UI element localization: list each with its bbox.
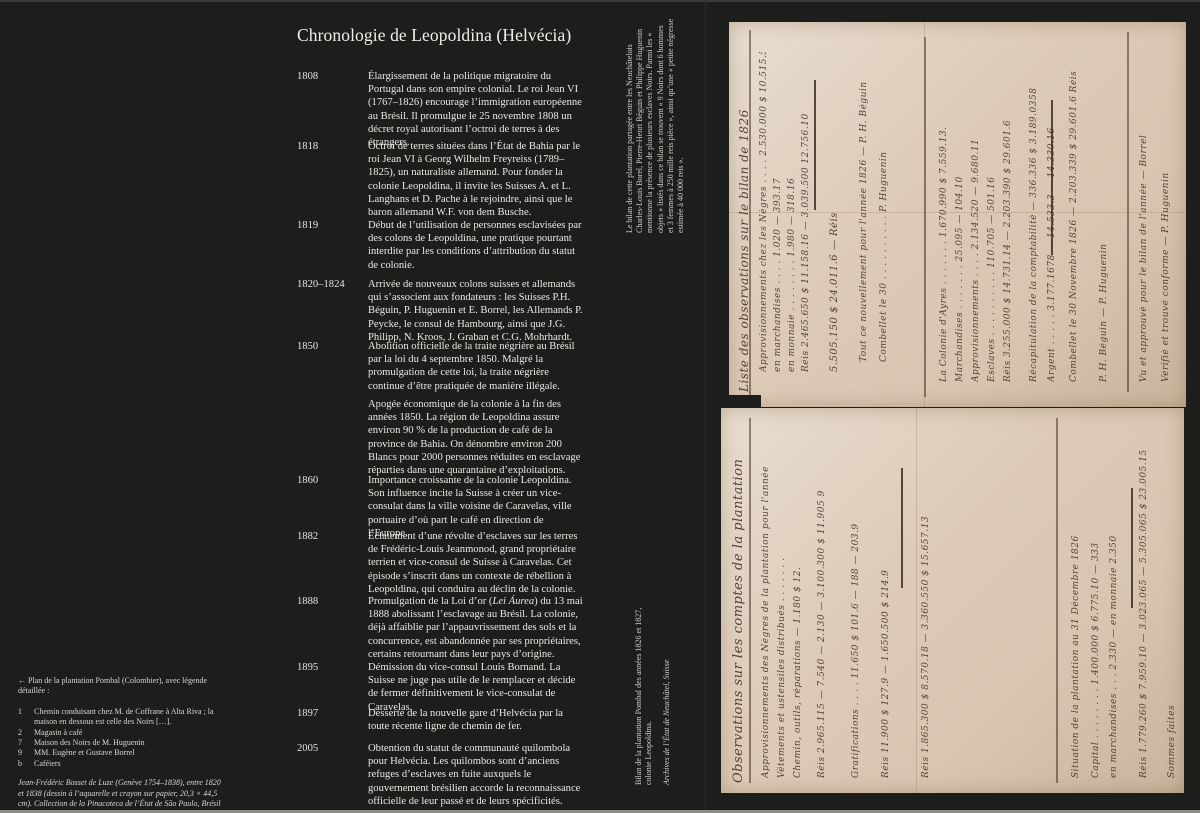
legend-row: 1 Chemin conduisant chez M. de Coffrane … xyxy=(18,707,223,728)
ruled-line xyxy=(924,37,926,397)
manuscript-heading: Observations sur les comptes de la plant… xyxy=(731,418,746,783)
sum-line xyxy=(1131,488,1133,608)
timeline-year: 1860 xyxy=(297,474,367,487)
legend-key: b xyxy=(18,759,34,769)
plan-credit: Jean-Frédéric Bosset de Luze (Genève 175… xyxy=(18,778,223,809)
sum-line xyxy=(901,468,903,588)
timeline-text: Élargissement de la politique migratoire… xyxy=(368,70,584,149)
timeline-text: Promulgation de la Loi d’or (Lei Áurea) … xyxy=(368,595,584,661)
timeline-year: 1808 xyxy=(297,70,367,83)
lei-aurea-italic: Lei Áurea xyxy=(492,596,534,607)
top-edge xyxy=(0,0,1200,2)
plan-legend: 1 Chemin conduisant chez M. de Coffrane … xyxy=(18,707,223,769)
page-gutter xyxy=(705,0,706,810)
timeline-year: 1818 xyxy=(297,140,367,153)
timeline-text: Démission du vice-consul Louis Bornand. … xyxy=(368,661,584,714)
bilan-source: Archives de l’État de Neuchâtel, Suisse xyxy=(662,595,672,785)
timeline-year: 1850 xyxy=(297,340,367,353)
timeline-text: Début de l’utilisation de personnes escl… xyxy=(368,219,584,272)
legend-row: 7 Maison des Noirs de M. Huguenin xyxy=(18,738,223,748)
legend-row: b Caféiers xyxy=(18,759,223,769)
legend-label: Chemin conduisant chez M. de Coffrane à … xyxy=(34,707,223,728)
plan-caption: ← Plan de la plantation Pombal (Colombie… xyxy=(18,676,223,809)
timeline-year: 1820–1824 xyxy=(297,278,367,291)
timeline-year: 1888 xyxy=(297,595,367,608)
page-title: Chronologie de Leopoldina (Helvécia) xyxy=(297,25,571,46)
legend-label: Maison des Noirs de M. Huguenin xyxy=(34,738,145,748)
manuscript-sheet-bottom: Observations sur les comptes de la plant… xyxy=(721,408,1184,793)
timeline-text: Abolition officielle de la traite négriè… xyxy=(368,340,584,393)
legend-key: 9 xyxy=(18,748,34,758)
timeline-year: 1819 xyxy=(297,219,367,232)
vertical-caption-bilan: Bilan de la plantation Pombal des années… xyxy=(634,595,673,785)
timeline-text: Éclatement d’une révolte d’esclaves sur … xyxy=(368,530,584,596)
manuscript-heading: Liste des observations sur le bilan de 1… xyxy=(737,32,751,392)
plan-caption-intro: ← Plan de la plantation Pombal (Colombie… xyxy=(18,676,223,697)
sum-line xyxy=(814,80,816,210)
timeline-text: Arrivée de nouveaux colons suisses et al… xyxy=(368,278,584,344)
timeline-text: Octroi de terres situées dans l’État de … xyxy=(368,140,584,219)
legend-row: 2 Magasin à café xyxy=(18,728,223,738)
ruled-line xyxy=(749,418,751,783)
torn-edge xyxy=(716,395,761,409)
legend-key: 2 xyxy=(18,728,34,738)
manuscript-photo: Liste des observations sur le bilan de 1… xyxy=(716,20,1188,795)
fold-line xyxy=(916,408,917,793)
timeline-text-prefix: Promulgation de la Loi d’or ( xyxy=(368,596,492,607)
timeline-text: Obtention du statut de communauté quilom… xyxy=(368,742,584,808)
manuscript-sheet-top: Liste des observations sur le bilan de 1… xyxy=(729,22,1186,407)
timeline-text: Desserte de la nouvelle gare d’Helvécia … xyxy=(368,707,584,733)
timeline-year: 1882 xyxy=(297,530,367,543)
timeline-year: 1895 xyxy=(297,661,367,674)
timeline-text: Apogée économique de la colonie à la fin… xyxy=(368,398,584,477)
legend-label: Caféiers xyxy=(34,759,61,769)
timeline-year: 1897 xyxy=(297,707,367,720)
legend-row: 9 MM. Eugène et Gustave Borrel xyxy=(18,748,223,758)
ruled-line xyxy=(1056,418,1058,783)
legend-label: Magasin à café xyxy=(34,728,82,738)
legend-key: 1 xyxy=(18,707,34,728)
legend-label: MM. Eugène et Gustave Borrel xyxy=(34,748,135,758)
vertical-caption-bilan-note: Le bilan de cette plantation partagée en… xyxy=(625,18,686,233)
legend-key: 7 xyxy=(18,738,34,748)
ruled-line xyxy=(1127,32,1129,392)
bilan-caption-text: Bilan de la plantation Pombal des années… xyxy=(634,595,654,785)
timeline-year: 2005 xyxy=(297,742,367,755)
